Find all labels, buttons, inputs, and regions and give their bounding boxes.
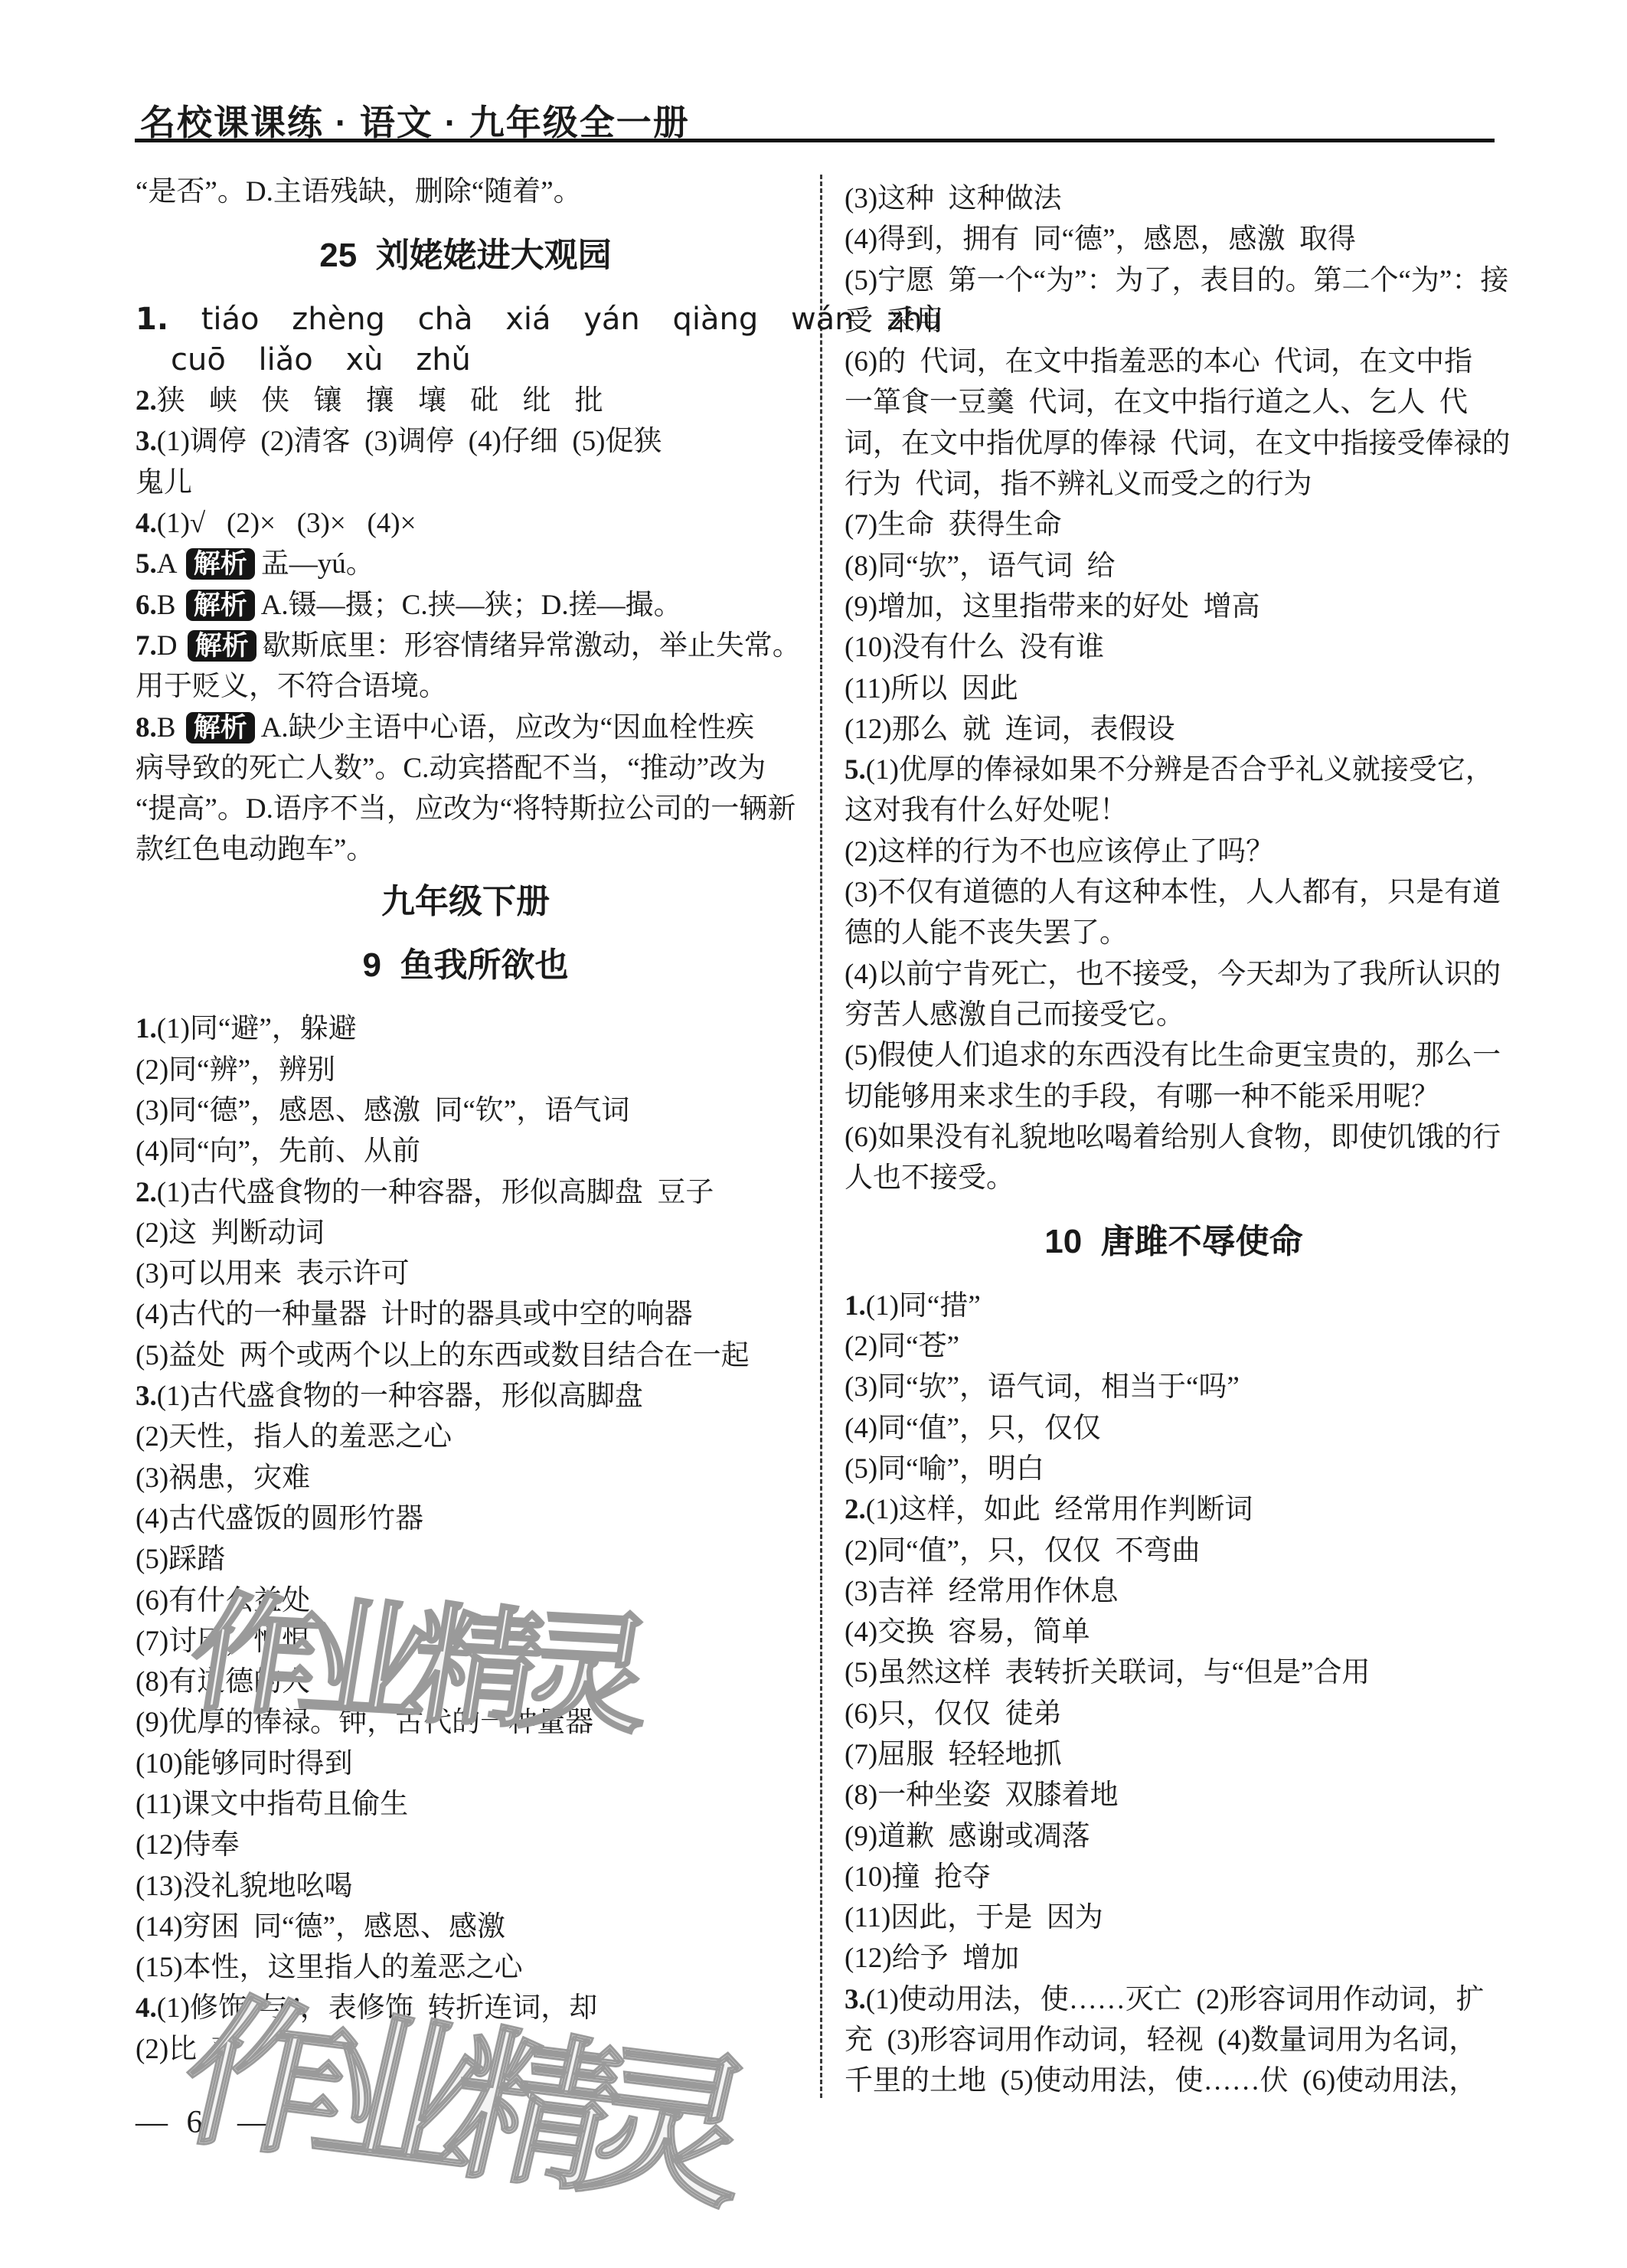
text-line: (3)同“欤”，语气词，相当于“吗” <box>845 1367 1503 1407</box>
text-segment: (9)增加，这里指带来的好处 增高 <box>845 591 1260 623</box>
text-line: (9)道歉 感谢或凋落 <box>845 1816 1503 1857</box>
text-line: (8)一种坐姿 双膝着地 <box>845 1775 1503 1815</box>
text-segment: (5)宁愿 第一个“为”：为了，表目的。第二个“为”：接 <box>845 265 1508 296</box>
text-line: 词，在文中指优厚的俸禄 代词，在文中指接受俸禄的 <box>845 423 1503 464</box>
text-line: (6)有什么益处 <box>136 1580 796 1621</box>
text-segment: (1)这样，如此 经常用作判断词 <box>866 1494 1253 1525</box>
text-segment: (1)同“避”，躲避 <box>157 1013 357 1044</box>
text-line: (7)屈服 轻轻地抓 <box>845 1734 1503 1775</box>
text-line: (5)踩踏 <box>136 1539 796 1580</box>
text-segment: (4)交换 容易，简单 <box>845 1616 1090 1648</box>
text-line: (11)所以 因此 <box>845 668 1503 709</box>
page-number: — 62 — <box>136 2104 270 2141</box>
text-segment: (10)没有什么 没有谁 <box>845 632 1104 663</box>
text-segment: 4. <box>136 1992 157 2024</box>
text-segment: (1)同“措” <box>866 1290 981 1322</box>
text-segment: 1. <box>136 302 168 337</box>
text-segment: 狭 峡 侠 镶 攘 壤 砒 纰 批 <box>157 385 603 417</box>
text-line: (3)可以用来 表示许可 <box>136 1253 796 1294</box>
text-segment: 7. <box>136 630 157 662</box>
text-line: (3)不仅有道德的人有这种本性，人人都有，只是有道 <box>845 872 1503 913</box>
text-line: (2)比 对 <box>136 2029 796 2070</box>
text-segment: 款红色电动跑车”。 <box>136 834 374 865</box>
text-segment: 人也不接受。 <box>845 1162 1014 1194</box>
text-segment: 切能够用来求生的手段，有哪一种不能采用呢？ <box>845 1081 1439 1113</box>
text-line: (12)那么 就 连词，表假设 <box>845 709 1503 750</box>
text-line: (4)得到，拥有 同“德”，感恩，感激 取得 <box>845 219 1503 260</box>
text-segment: (7)讨厌，憎恨 <box>136 1626 310 1657</box>
text-segment: (10)撞 抢夺 <box>845 1861 991 1893</box>
text-segment: 德的人能不丧失罢了。 <box>845 917 1128 949</box>
text-segment: (2)这 判断动词 <box>136 1217 325 1249</box>
text-segment: (4)以前宁肯死亡，也不接受，今天却为了我所认识的 <box>845 959 1501 990</box>
text-segment: (8)一种坐姿 双膝着地 <box>845 1779 1119 1811</box>
text-line: (10)能够同时得到 <box>136 1743 796 1784</box>
text-segment: (1)古代盛食物的一种容器，形似高脚盘 豆子 <box>157 1177 714 1208</box>
section-title: 9 鱼我所欲也 <box>136 945 796 985</box>
text-line: 6.B 解析A.镊—摄；C.挟—狭；D.搓—撮。 <box>136 585 796 626</box>
text-line: 行为 代词，指不辨礼义而受之的行为 <box>845 464 1503 505</box>
text-segment: (4)得到，拥有 同“德”，感恩，感激 取得 <box>845 224 1356 255</box>
text-segment: 2. <box>136 385 157 417</box>
text-line: (3)这种 这种做法 <box>845 178 1503 219</box>
text-line: cuō liǎo xù zhǔ <box>136 340 796 381</box>
text-line: (4)古代盛饭的圆形竹器 <box>136 1498 796 1539</box>
section-title: 九年级下册 <box>136 881 796 922</box>
text-segment: (1)古代盛食物的一种容器，形似高脚盘 <box>157 1381 643 1412</box>
text-segment: (4)古代的一种量器 计时的器具或中空的响器 <box>136 1299 693 1330</box>
text-segment: cuō liǎo xù zhǔ <box>171 342 471 377</box>
text-segment: 九年级下册 <box>381 883 550 920</box>
text-segment: (6)如果没有礼貌地吆喝着给别人食物，即使饥饿的行 <box>845 1122 1501 1153</box>
section-title: 25 刘姥姥进大观园 <box>136 235 796 276</box>
text-line: (6)的 代词，在文中指羞恶的本心 代词，在文中指 <box>845 342 1503 382</box>
text-segment: (13)没礼貌地吆喝 <box>136 1871 353 1902</box>
text-segment: (5)虽然这样 表转折关联词，与“但是”合用 <box>845 1657 1371 1688</box>
text-segment: (9)道歉 感谢或凋落 <box>845 1821 1090 1852</box>
text-segment: (5)益处 两个或两个以上的东西或数目结合在一起 <box>136 1340 750 1371</box>
jiexi-badge: 解析 <box>186 548 255 580</box>
text-line: 3.(1)调停 (2)清客 (3)调停 (4)仔细 (5)促狭 <box>136 421 796 462</box>
text-segment: 盂—yú。 <box>261 548 374 580</box>
text-line: (5)假使人们追求的东西没有比生命更宝贵的，那么一 <box>845 1035 1503 1076</box>
text-segment: “提高”。D.语序不当，应改为“将特斯拉公司的一辆新 <box>136 793 796 825</box>
text-line: 千里的土地 (5)使动用法，使……伏 (6)使动用法， <box>845 2060 1503 2101</box>
text-segment: 2. <box>845 1494 866 1525</box>
text-line: 1. tiáo zhèng chà xiá yán qiàng wán zhù <box>136 299 796 340</box>
text-segment: (3)吉祥 经常用作休息 <box>845 1576 1119 1607</box>
text-line: (3)同“德”，感恩、感激 同“钦”，语气词 <box>136 1090 796 1131</box>
text-line: 2.(1)古代盛食物的一种容器，形似高脚盘 豆子 <box>136 1172 796 1213</box>
text-segment: 千里的土地 (5)使动用法，使……伏 (6)使动用法， <box>845 2065 1477 2096</box>
text-segment: D <box>157 630 185 662</box>
text-segment: 5. <box>845 754 866 786</box>
text-line: (5)同“喻”，明白 <box>845 1449 1503 1489</box>
text-line: (10)没有什么 没有谁 <box>845 627 1503 668</box>
text-segment: (5)假使人们追求的东西没有比生命更宝贵的，那么一 <box>845 1040 1501 1071</box>
text-segment: (6)有什么益处 <box>136 1585 310 1616</box>
text-line: 款红色电动跑车”。 <box>136 829 796 870</box>
text-line: (14)穷困 同“德”，感恩、感激 <box>136 1907 796 1947</box>
text-segment: 鬼儿 <box>136 467 192 498</box>
text-segment: 9 鱼我所欲也 <box>363 946 569 984</box>
text-line: 一箪食一豆羹 代词，在文中指行道之人、乞人 代 <box>845 382 1503 423</box>
text-line: (13)没礼貌地吆喝 <box>136 1866 796 1907</box>
text-line: 4.(1)修饰“与”，表修饰 转折连词，却 <box>136 1988 796 2028</box>
text-line: 3.(1)使动用法，使……灭亡 (2)形容词用作动词，扩 <box>845 1979 1503 2020</box>
text-line: 病导致的死亡人数”。C.动宾搭配不当，“推动”改为 <box>136 748 796 789</box>
text-segment: 1. <box>136 1013 157 1044</box>
text-segment: 6. <box>136 590 157 621</box>
text-segment: (14)穷困 同“德”，感恩、感激 <box>136 1911 505 1943</box>
text-line: (4)交换 容易，简单 <box>845 1612 1503 1652</box>
column-divider <box>820 175 822 2098</box>
text-line: 1.(1)同“措” <box>845 1286 1503 1326</box>
jiexi-badge: 解析 <box>186 712 255 743</box>
text-segment: (1)优厚的俸禄如果不分辨是否合乎礼义就接受它， <box>866 754 1494 786</box>
text-segment: 用于贬义，不符合语境。 <box>136 671 447 702</box>
text-segment: (12)那么 就 连词，表假设 <box>845 714 1175 745</box>
text-segment: (4)同“值”，只，仅仅 <box>845 1413 1101 1444</box>
jiexi-badge: 解析 <box>188 630 256 662</box>
text-segment: (9)优厚的俸禄。钟，古代的一种量器 <box>136 1707 593 1738</box>
text-line: 德的人能不丧失罢了。 <box>845 913 1503 953</box>
text-segment: (5)踩踏 <box>136 1544 225 1575</box>
text-segment: (7)屈服 轻轻地抓 <box>845 1739 1062 1770</box>
text-line: (2)同“辨”，辨别 <box>136 1050 796 1090</box>
text-line: 2.狭 峡 侠 镶 攘 壤 砒 纰 批 <box>136 381 796 421</box>
text-segment: 4. <box>136 508 157 539</box>
text-line: 受 采用 <box>845 301 1503 342</box>
text-segment: 歇斯底里：形容情绪异常激动，举止失常。 <box>263 630 801 662</box>
text-segment: 10 唐雎不辱使命 <box>1044 1223 1302 1260</box>
text-segment: (8)同“欤”，语气词 给 <box>845 551 1116 582</box>
text-line: (5)益处 两个或两个以上的东西或数目结合在一起 <box>136 1335 796 1376</box>
text-segment: tiáo zhèng chà xiá yán qiàng wán zhù <box>168 302 942 337</box>
text-segment: (2)这样的行为不也应该停止了吗？ <box>845 836 1274 868</box>
text-segment: (4)古代盛饭的圆形竹器 <box>136 1503 423 1534</box>
text-line: 人也不接受。 <box>845 1158 1503 1198</box>
text-segment: (11)所以 因此 <box>845 673 1018 704</box>
text-segment: B <box>157 590 183 621</box>
text-line: 4.(1)√ (2)× (3)× (4)× <box>136 503 796 544</box>
text-line: (2)这 判断动词 <box>136 1213 796 1253</box>
text-line: 切能够用来求生的手段，有哪一种不能采用呢？ <box>845 1077 1503 1117</box>
text-line: 1.(1)同“避”，躲避 <box>136 1008 796 1049</box>
text-line: (11)因此，于是 因为 <box>845 1897 1503 1938</box>
text-line: (2)这样的行为不也应该停止了吗？ <box>845 832 1503 872</box>
text-segment: (8)有道德的人 <box>136 1666 310 1698</box>
text-segment: (11)因此，于是 因为 <box>845 1902 1103 1933</box>
text-line: (4)同“值”，只，仅仅 <box>845 1408 1503 1449</box>
text-segment: (5)同“喻”，明白 <box>845 1453 1044 1485</box>
text-line: (8)有道德的人 <box>136 1662 796 1702</box>
text-line: 这对我有什么好处呢！ <box>845 790 1503 831</box>
text-segment: (11)课文中指苟且偷生 <box>136 1789 408 1820</box>
text-line: 2.(1)这样，如此 经常用作判断词 <box>845 1489 1503 1530</box>
text-line: 3.(1)古代盛食物的一种容器，形似高脚盘 <box>136 1376 796 1417</box>
text-segment: 5. <box>136 548 157 580</box>
text-line: (4)古代的一种量器 计时的器具或中空的响器 <box>136 1294 796 1335</box>
text-line: 充 (3)形容词用作动词，轻视 (4)数量词用为名词， <box>845 2020 1503 2060</box>
text-segment: (3)祸患，灾难 <box>136 1462 310 1494</box>
text-line: (12)给予 增加 <box>845 1938 1503 1979</box>
text-line: (5)虽然这样 表转折关联词，与“但是”合用 <box>845 1652 1503 1693</box>
text-segment: (12)侍奉 <box>136 1829 240 1861</box>
page-root: { "colors": { "ink": "#1a1a1a", "rule": … <box>0 0 1627 2268</box>
text-line: (2)同“值”，只，仅仅 不弯曲 <box>845 1531 1503 1571</box>
text-line: (7)生命 获得生命 <box>845 505 1503 545</box>
text-segment: 3. <box>136 1381 157 1412</box>
text-segment: A.镊—摄；C.挟—狭；D.搓—撮。 <box>261 590 682 621</box>
text-segment: (3)不仅有道德的人有这种本性，人人都有，只是有道 <box>845 877 1501 908</box>
text-line: (3)祸患，灾难 <box>136 1458 796 1498</box>
text-segment: (15)本性，这里指人的羞恶之心 <box>136 1952 523 1983</box>
text-line: 5.(1)优厚的俸禄如果不分辨是否合乎礼义就接受它， <box>845 750 1503 790</box>
text-line: (3)吉祥 经常用作休息 <box>845 1571 1503 1612</box>
text-segment: (3)这种 这种做法 <box>845 183 1062 214</box>
text-line: (7)讨厌，憎恨 <box>136 1621 796 1662</box>
text-line: (6)如果没有礼貌地吆喝着给别人食物，即使饥饿的行 <box>845 1117 1503 1158</box>
text-segment: B <box>157 712 183 743</box>
section-title: 10 唐雎不辱使命 <box>845 1221 1503 1262</box>
text-segment: (1)调停 (2)清客 (3)调停 (4)仔细 (5)促狭 <box>157 426 662 457</box>
text-line: (15)本性，这里指人的羞恶之心 <box>136 1947 796 1988</box>
text-line: (12)侍奉 <box>136 1825 796 1865</box>
text-segment: 这对我有什么好处呢！ <box>845 795 1128 826</box>
text-line: 7.D 解析歇斯底里：形容情绪异常激动，举止失常。 <box>136 626 796 666</box>
left-column: “是否”。D.主语残缺，删除“随着”。25 刘姥姥进大观园1. tiáo zhè… <box>136 172 796 2070</box>
text-line: (9)增加，这里指带来的好处 增高 <box>845 587 1503 627</box>
text-segment: (6)只，仅仅 徒弟 <box>845 1698 1062 1730</box>
text-line: “是否”。D.主语残缺，删除“随着”。 <box>136 172 796 212</box>
text-line: 鬼儿 <box>136 462 796 503</box>
text-line: (10)撞 抢夺 <box>845 1857 1503 1897</box>
text-line: 穷苦人感激自己而接受它。 <box>845 995 1503 1035</box>
text-segment: 25 刘姥姥进大观园 <box>319 237 611 274</box>
header-rule <box>135 139 1495 142</box>
text-segment: 8. <box>136 712 157 743</box>
text-segment: A.缺少主语中心语，应改为“因血栓性疾 <box>261 712 754 743</box>
text-line: (4)以前宁肯死亡，也不接受，今天却为了我所认识的 <box>845 954 1503 995</box>
text-line: “提高”。D.语序不当，应改为“将特斯拉公司的一辆新 <box>136 789 796 829</box>
text-segment: 穷苦人感激自己而接受它。 <box>845 999 1184 1031</box>
text-segment: 1. <box>845 1290 866 1322</box>
text-line: (4)同“向”，先前、从前 <box>136 1131 796 1172</box>
text-segment: 受 采用 <box>845 306 944 337</box>
text-line: (5)宁愿 第一个“为”：为了，表目的。第二个“为”：接 <box>845 260 1503 301</box>
text-segment: (2)同“辨”，辨别 <box>136 1054 335 1086</box>
text-segment: 一箪食一豆羹 代词，在文中指行道之人、乞人 代 <box>845 387 1468 418</box>
text-segment: (3)同“欤”，语气词，相当于“吗” <box>845 1371 1240 1403</box>
text-segment: (12)给予 增加 <box>845 1943 1019 1974</box>
text-line: (11)课文中指苟且偷生 <box>136 1784 796 1825</box>
text-segment: 行为 代词，指不辨礼义而受之的行为 <box>845 469 1312 500</box>
text-segment: 2. <box>136 1177 157 1208</box>
text-segment: (2)比 对 <box>136 2034 240 2065</box>
text-line: (8)同“欤”，语气词 给 <box>845 546 1503 587</box>
text-segment: “是否”。D.主语残缺，删除“随着”。 <box>136 176 582 208</box>
text-line: 8.B 解析A.缺少主语中心语，应改为“因血栓性疾 <box>136 708 796 748</box>
text-line: 5.A 解析盂—yú。 <box>136 544 796 584</box>
text-segment: (7)生命 获得生命 <box>845 509 1062 541</box>
text-segment: (1)修饰“与”，表修饰 转折连词，却 <box>157 1992 598 2024</box>
text-line: (2)同“苍” <box>845 1326 1503 1367</box>
text-segment: (10)能够同时得到 <box>136 1748 353 1779</box>
text-segment: (1)使动用法，使……灭亡 (2)形容词用作动词，扩 <box>866 1984 1485 2015</box>
text-segment: A <box>157 548 183 580</box>
text-segment: (3)可以用来 表示许可 <box>136 1258 410 1289</box>
text-line: (9)优厚的俸禄。钟，古代的一种量器 <box>136 1702 796 1743</box>
text-segment: (4)同“向”，先前、从前 <box>136 1136 420 1167</box>
text-segment: 3. <box>845 1984 866 2015</box>
text-line: (6)只，仅仅 徒弟 <box>845 1694 1503 1734</box>
right-column: (3)这种 这种做法(4)得到，拥有 同“德”，感恩，感激 取得(5)宁愿 第一… <box>845 178 1503 2102</box>
jiexi-badge: 解析 <box>186 590 255 621</box>
text-segment: (2)同“值”，只，仅仅 不弯曲 <box>845 1535 1201 1567</box>
text-segment: (2)天性，指人的羞恶之心 <box>136 1421 452 1453</box>
text-segment: (3)同“德”，感恩、感激 同“钦”，语气词 <box>136 1095 629 1126</box>
text-segment: 充 (3)形容词用作动词，轻视 (4)数量词用为名词， <box>845 2025 1477 2056</box>
text-segment: (6)的 代词，在文中指羞恶的本心 代词，在文中指 <box>845 346 1472 377</box>
text-line: (2)天性，指人的羞恶之心 <box>136 1417 796 1457</box>
text-segment: 词，在文中指优厚的俸禄 代词，在文中指接受俸禄的 <box>845 428 1511 459</box>
text-segment: 3. <box>136 426 157 457</box>
text-segment: (1)√ (2)× (3)× (4)× <box>157 508 417 539</box>
text-line: 用于贬义，不符合语境。 <box>136 666 796 707</box>
text-segment: (2)同“苍” <box>845 1331 959 1362</box>
text-segment: 病导致的死亡人数”。C.动宾搭配不当，“推动”改为 <box>136 753 766 784</box>
